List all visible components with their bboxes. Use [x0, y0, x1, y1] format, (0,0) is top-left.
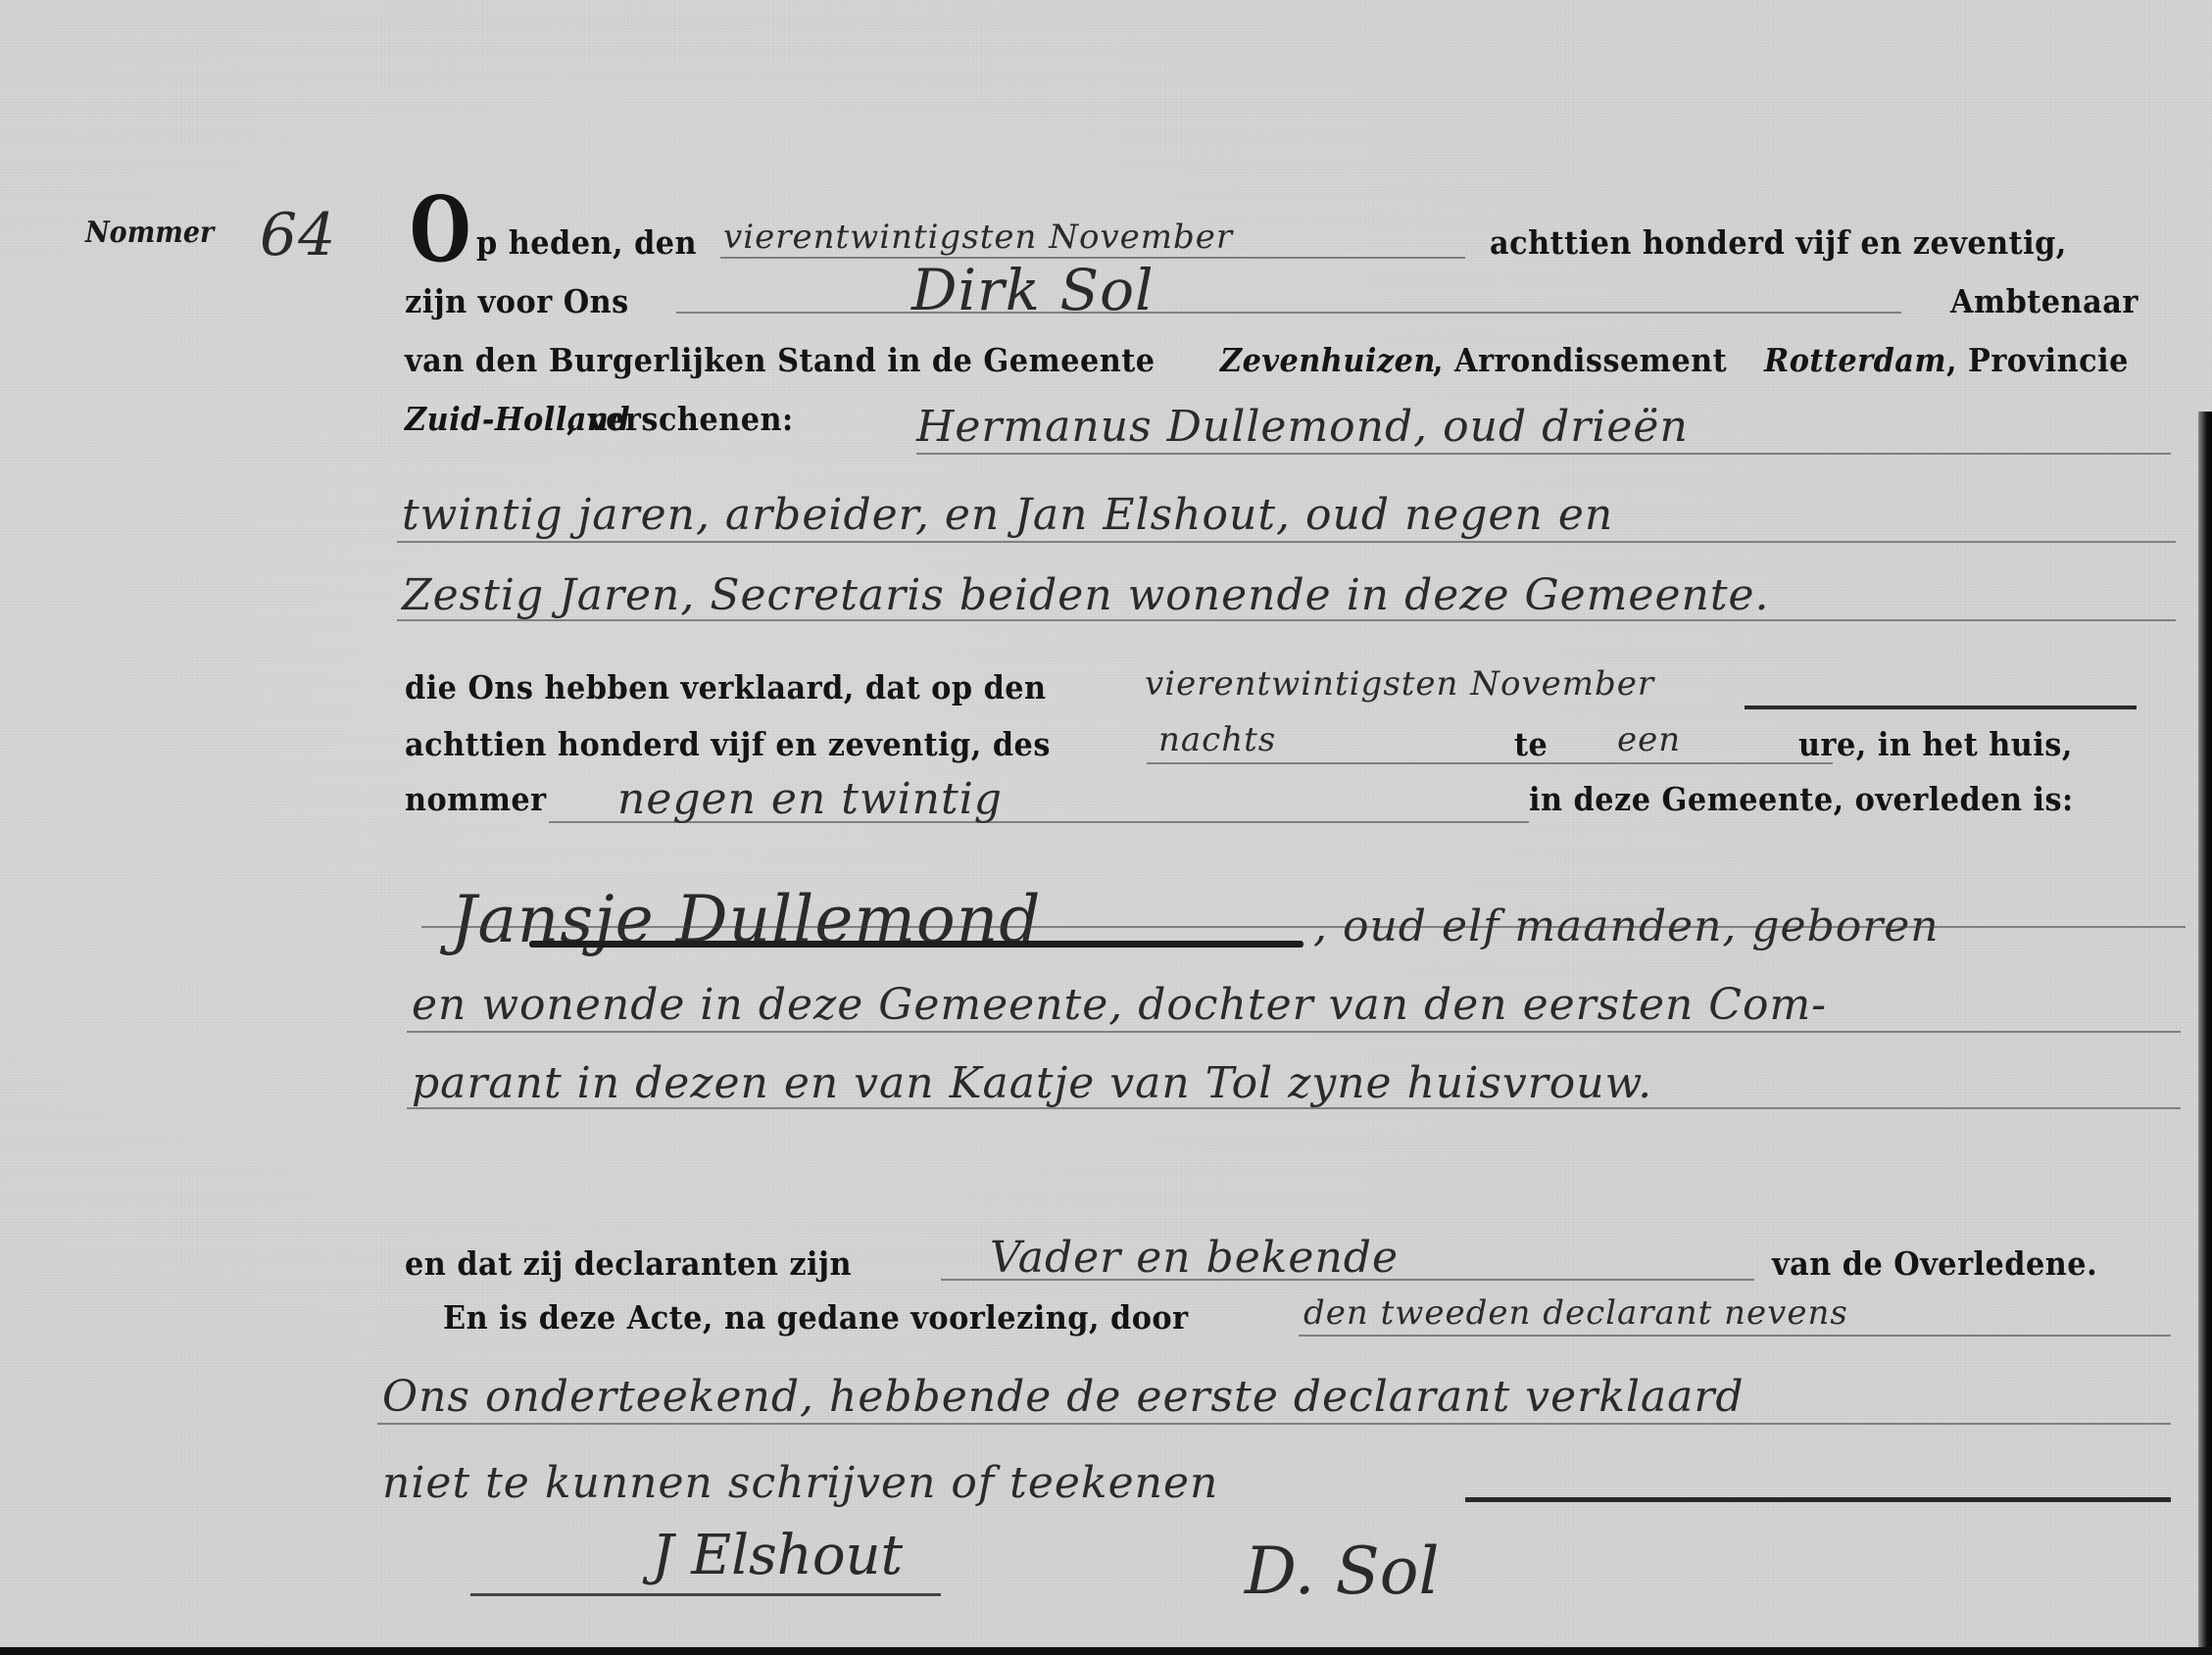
printed-text: ure, in het huis,: [1798, 725, 2073, 763]
fill-rule: [407, 1031, 2181, 1033]
fill-rule: [407, 1107, 2181, 1109]
signature-flourish: [470, 1593, 941, 1596]
handwritten-hour: een: [1617, 720, 1681, 759]
fill-rule: [941, 1279, 1754, 1281]
fill-rule: [397, 619, 2176, 621]
printed-text: achttien honderd vijf en zeventig, des: [405, 725, 1051, 763]
printed-text: , Arrondissement: [1433, 341, 1727, 379]
page-edge-shadow: [2198, 412, 2212, 1655]
handwritten-parentage-1: en wonende in deze Gemeente, dochter van…: [412, 980, 1827, 1030]
printed-text: p heden, den: [476, 223, 697, 262]
handwritten-relation: Vader en bekende: [990, 1233, 1399, 1283]
handwritten-declarant-2: twintig jaren, arbeider, en Jan Elshout,…: [402, 490, 1613, 540]
signature-official: D. Sol: [1245, 1533, 1440, 1609]
printed-text: En is deze Acte, na gedane voorlezing, d…: [443, 1298, 1189, 1337]
printed-text: achttien honderd vijf en zeventig,: [1490, 223, 2067, 262]
handwritten-declarant-1: Hermanus Dullemond, oud drieën: [916, 402, 1689, 452]
fill-rule: [1745, 706, 2137, 709]
fill-rule: [1299, 1335, 2171, 1337]
printed-text: in deze Gemeente, overleden is:: [1529, 780, 2074, 818]
handwritten-date: vierentwintigsten November: [723, 218, 1233, 257]
nommer-label: Nommer: [85, 216, 214, 250]
printed-text: , Provincie: [1946, 341, 2129, 379]
fill-rule: [421, 926, 2186, 928]
signature-declarant: J Elshout: [652, 1524, 903, 1587]
handwritten-time-of-day: nachts: [1158, 720, 1276, 759]
printed-text: , verschenen:: [566, 400, 794, 438]
handwritten-date-death: vierentwintigsten November: [1145, 664, 1654, 704]
gemeente-name: Zevenhuizen: [1220, 341, 1436, 379]
nommer-value: 64: [260, 201, 336, 269]
fill-rule: [397, 541, 2176, 543]
fill-rule: [916, 453, 2171, 455]
printed-text: te: [1514, 725, 1548, 763]
handwritten-house-number: negen en twintig: [617, 774, 1003, 824]
drop-cap: O: [410, 184, 471, 274]
handwritten-signing-note-1: den tweeden declarant nevens: [1303, 1293, 1848, 1333]
handwritten-declarant-3: Zestig Jaren, Secretaris beiden wonende …: [402, 570, 1770, 620]
printed-text: van den Burgerlijken Stand in de Gemeent…: [405, 341, 1155, 379]
fill-rule: [1147, 762, 1833, 764]
page-bottom-edge: [0, 1647, 2212, 1655]
printed-text: die Ons hebben verklaard, dat op den: [405, 668, 1047, 706]
handwritten-signing-note-2: Ons onderteekend, hebbende de eerste dec…: [382, 1372, 1745, 1422]
document-page: Nommer 64 O p heden, den vierentwintigst…: [0, 0, 2212, 1655]
handwritten-parentage-2: parant in dezen en van Kaatje van Tol zy…: [412, 1058, 1652, 1108]
fill-rule: [676, 312, 1901, 314]
printed-text: van de Overledene.: [1772, 1244, 2097, 1283]
fill-rule: [377, 1423, 2171, 1425]
handwritten-signing-note-3: niet te kunnen schrijven of teekenen: [382, 1458, 1218, 1508]
deceased-name-underline: [529, 941, 1303, 948]
arrondissement-name: Rotterdam: [1764, 341, 1946, 379]
fill-rule: [549, 821, 1529, 823]
printed-text: nommer: [405, 780, 547, 818]
printed-text: zijn voor Ons: [405, 282, 629, 320]
printed-text: Ambtenaar: [1950, 282, 2138, 320]
fill-rule: [1465, 1497, 2171, 1502]
printed-text: en dat zij declaranten zijn: [405, 1244, 852, 1283]
